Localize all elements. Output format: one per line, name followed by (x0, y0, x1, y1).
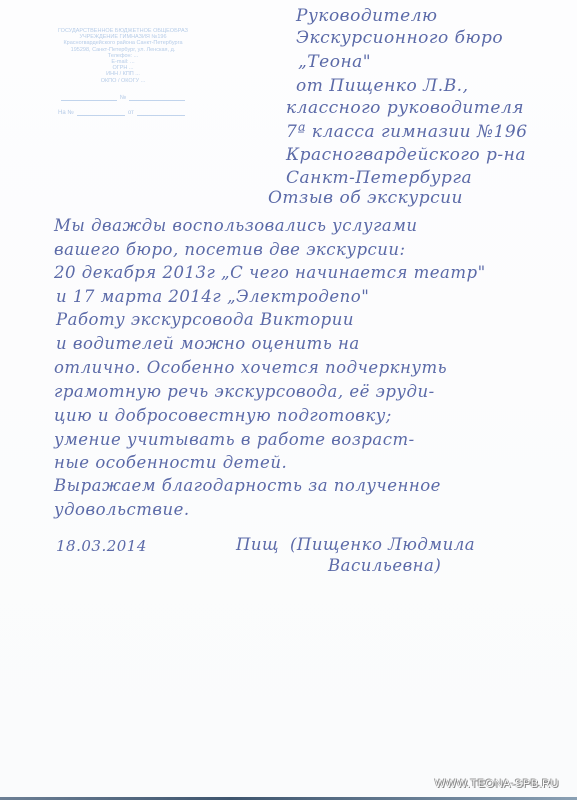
handwritten-signature: Пищ (236, 535, 279, 554)
stamp-line: 195298, Санкт-Петербург, ул. Ленская, д. (58, 47, 188, 53)
school-letterhead-stamp: ГОСУДАРСТВЕННОЕ БЮДЖЕТНОЕ ОБЩЕОБРАЗОВАТЕ… (58, 28, 188, 146)
body-line: Работу экскурсовода Виктории (56, 310, 354, 329)
body-line: цию и добросовестную подготовку; (54, 406, 392, 425)
body-line: 20 декабря 2013г „С чего начинается теат… (54, 263, 486, 282)
body-line: и водителей можно оценить на (56, 334, 360, 353)
header-line: Экскурсионного бюро (296, 28, 503, 48)
header-line: Красногвардейского р-на (286, 145, 526, 165)
header-line: Руководителю (296, 6, 438, 26)
letter-title: Отзыв об экскурсии (268, 188, 463, 208)
stamp-line: Красногвардейского района Санкт-Петербур… (58, 40, 188, 46)
stamp-number-field: № (58, 94, 188, 101)
body-line: умение учитывать в работе возраст- (54, 430, 415, 449)
blank-rule (129, 94, 185, 101)
ref-label: На № (58, 110, 74, 116)
body-line: Выражаем благодарность за полученное (54, 476, 441, 495)
number-label: № (120, 95, 126, 101)
blank-rule (137, 109, 185, 116)
body-line: удовольствие. (54, 500, 190, 519)
website-watermark: WWW.TEONA-SPB.RU (435, 778, 559, 790)
stamp-line: ОКПО / ОКОГУ ... (58, 78, 188, 84)
blank-rule (77, 109, 125, 116)
from-label: от (128, 110, 134, 116)
header-line: от Пищенко Л.В., (296, 76, 469, 96)
body-line: Мы дважды воспользовались услугами (54, 216, 418, 235)
body-line: вашего бюро, посетив две экскурсии: (54, 240, 406, 259)
body-line: отлично. Особенно хочется подчеркнуть (54, 358, 447, 377)
signatory-name: (Пищенко Людмила (290, 535, 475, 554)
stamp-ref-field: На № от (58, 109, 188, 116)
body-line: грамотную речь экскурсовода, её эруди- (54, 382, 435, 401)
header-line: Санкт-Петербурга (286, 168, 472, 188)
body-line: и 17 марта 2014г „Электродепо" (56, 287, 369, 306)
header-line: классного руководителя (286, 98, 524, 118)
body-line: ные особенности детей. (54, 453, 287, 472)
header-line: 7ª класса гимназии №196 (286, 122, 528, 142)
blank-rule (61, 94, 117, 101)
signatory-patronymic: Васильевна) (328, 556, 441, 575)
scanned-letter-page: ГОСУДАРСТВЕННОЕ БЮДЖЕТНОЕ ОБЩЕОБРАЗОВАТЕ… (0, 0, 577, 800)
header-line: „Теона" (298, 52, 371, 72)
letter-date: 18.03.2014 (56, 537, 147, 555)
